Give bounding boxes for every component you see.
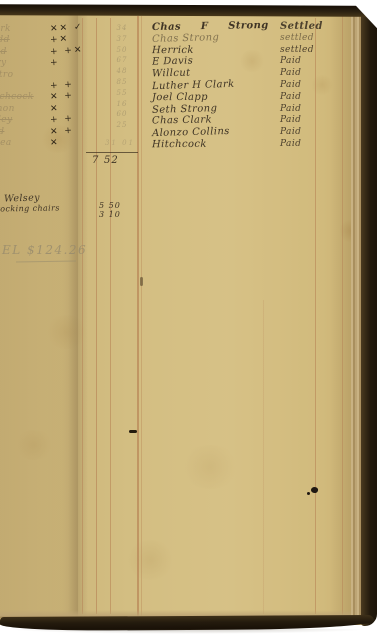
pencil-amount: 55 [109, 89, 135, 100]
entry-status: Paid [280, 104, 301, 114]
ink-dash [129, 430, 137, 433]
book-cover-right-edge [361, 8, 377, 626]
ruled-line [137, 16, 139, 616]
tally-marks: + + [50, 113, 91, 126]
left-page-entry: Relea ✕ [0, 138, 96, 149]
pencil-subtotal: 31 01 [103, 139, 137, 147]
ink-smudge [140, 277, 143, 286]
tally-marks: +✕ [50, 33, 91, 46]
left-page-entry-name: bury [0, 58, 48, 68]
pencil-amount: 16 [109, 100, 135, 111]
entry-name: Herrick [152, 44, 194, 55]
stain [14, 430, 54, 460]
ledger-entry: Herrick settled [152, 45, 358, 57]
pencil-amount: 34 [109, 24, 135, 35]
entry-name: Alonzo Collins [152, 126, 230, 139]
ledger-entry: E Davis Paid [152, 56, 358, 68]
entry-status: Paid [280, 115, 301, 125]
pencil-amount: 67 [109, 56, 135, 67]
ledger-entry: Chas Clark Paid [152, 115, 358, 127]
book-shadow [8, 629, 368, 634]
left-page-entry-name: s Stro [0, 70, 48, 80]
memo-name: Welsey [4, 192, 40, 204]
entry-status: Paid [280, 139, 301, 149]
ledger-entry: Chas Strong settled [152, 33, 358, 45]
entry-status: Settled [280, 21, 323, 32]
tally-marks: ✕ + [50, 90, 91, 103]
left-page-entry-name: rand [0, 47, 48, 57]
left-page-entry-name: Relea [0, 138, 48, 148]
left-page-entry-name: Clark [0, 24, 48, 34]
entry-name: Chas Strong [152, 32, 220, 45]
left-page-entry-name: Hitchcock [0, 92, 48, 102]
entry-name: Willcut [152, 68, 191, 80]
ledger-entry: Chas F Strong Settled [152, 21, 358, 33]
left-page-entry-name: Simon [0, 104, 48, 114]
entry-status: Paid [280, 127, 301, 137]
left-page-entry-name: Haley [0, 115, 48, 125]
pencil-amount: 48 [109, 67, 135, 78]
left-page-entry: bury + [0, 58, 96, 69]
entry-name: E Davis [152, 56, 194, 68]
entry-name: Chas Clark [152, 115, 212, 127]
entry-status: Paid [280, 68, 301, 78]
pencil-note: EL $124.26 [2, 243, 87, 257]
pencil-amount: 50 [109, 46, 135, 57]
ledger-entry: Luther H Clark Paid [152, 80, 358, 92]
total-dollars: 7 [92, 155, 99, 166]
entry-name: Hitchcock [152, 139, 207, 150]
pencil-amount: 85 [109, 78, 135, 89]
tally-marks: + [50, 56, 91, 69]
entry-status: settled [280, 45, 314, 55]
ledger-entry: Joel Clapp Paid [152, 92, 358, 104]
entry-status: Paid [280, 80, 301, 90]
ruled-line [141, 16, 142, 616]
ledger-book-photo: Clark ✕✕ ✓ Dodd +✕ rand + +✕ bury + s St… [0, 0, 390, 640]
memo-amount: 3 10 [99, 210, 121, 219]
ledger-entry: Hitchcock Paid [152, 139, 358, 151]
entry-name: Chas F Strong [152, 20, 269, 33]
left-page-entry-name: Dodd [0, 35, 48, 45]
book-cover-top-edge [0, 4, 375, 17]
pencil-amount: 60 [109, 110, 135, 121]
ink-blot-dot [307, 492, 310, 495]
stain [125, 540, 175, 580]
pencil-amount-column: 34 37 50 67 48 85 55 16 60 25 [109, 24, 135, 132]
entry-status: Paid [280, 92, 301, 102]
ruled-line [263, 300, 264, 614]
left-page-entry-list: Clark ✕✕ ✓ Dodd +✕ rand + +✕ bury + s St… [0, 24, 96, 149]
ledger-entry-list: Chas F Strong Settled Chas Strong settle… [152, 21, 358, 151]
entry-status: Paid [280, 56, 301, 66]
ruled-line [96, 18, 97, 614]
memo-amount: 5 50 [99, 201, 121, 210]
entry-name: Joel Clapp [152, 92, 208, 103]
stain [180, 445, 240, 489]
ledger-entry: Willcut Paid [152, 68, 358, 80]
total-cents: 52 [104, 155, 119, 166]
sum-rule [86, 152, 138, 153]
pencil-amount: 25 [109, 121, 135, 132]
tally-marks: ✕ [50, 136, 91, 149]
ledger-entry: Alonzo Collins Paid [152, 127, 358, 139]
memo-item: rocking chairs [0, 203, 60, 213]
entry-status: settled [280, 33, 314, 43]
ledger-entry: Seth Strong Paid [152, 104, 358, 116]
left-page-entry-name: ford [0, 127, 48, 137]
entry-name: Luther H Clark [152, 79, 235, 92]
pencil-amount: 37 [109, 35, 135, 46]
